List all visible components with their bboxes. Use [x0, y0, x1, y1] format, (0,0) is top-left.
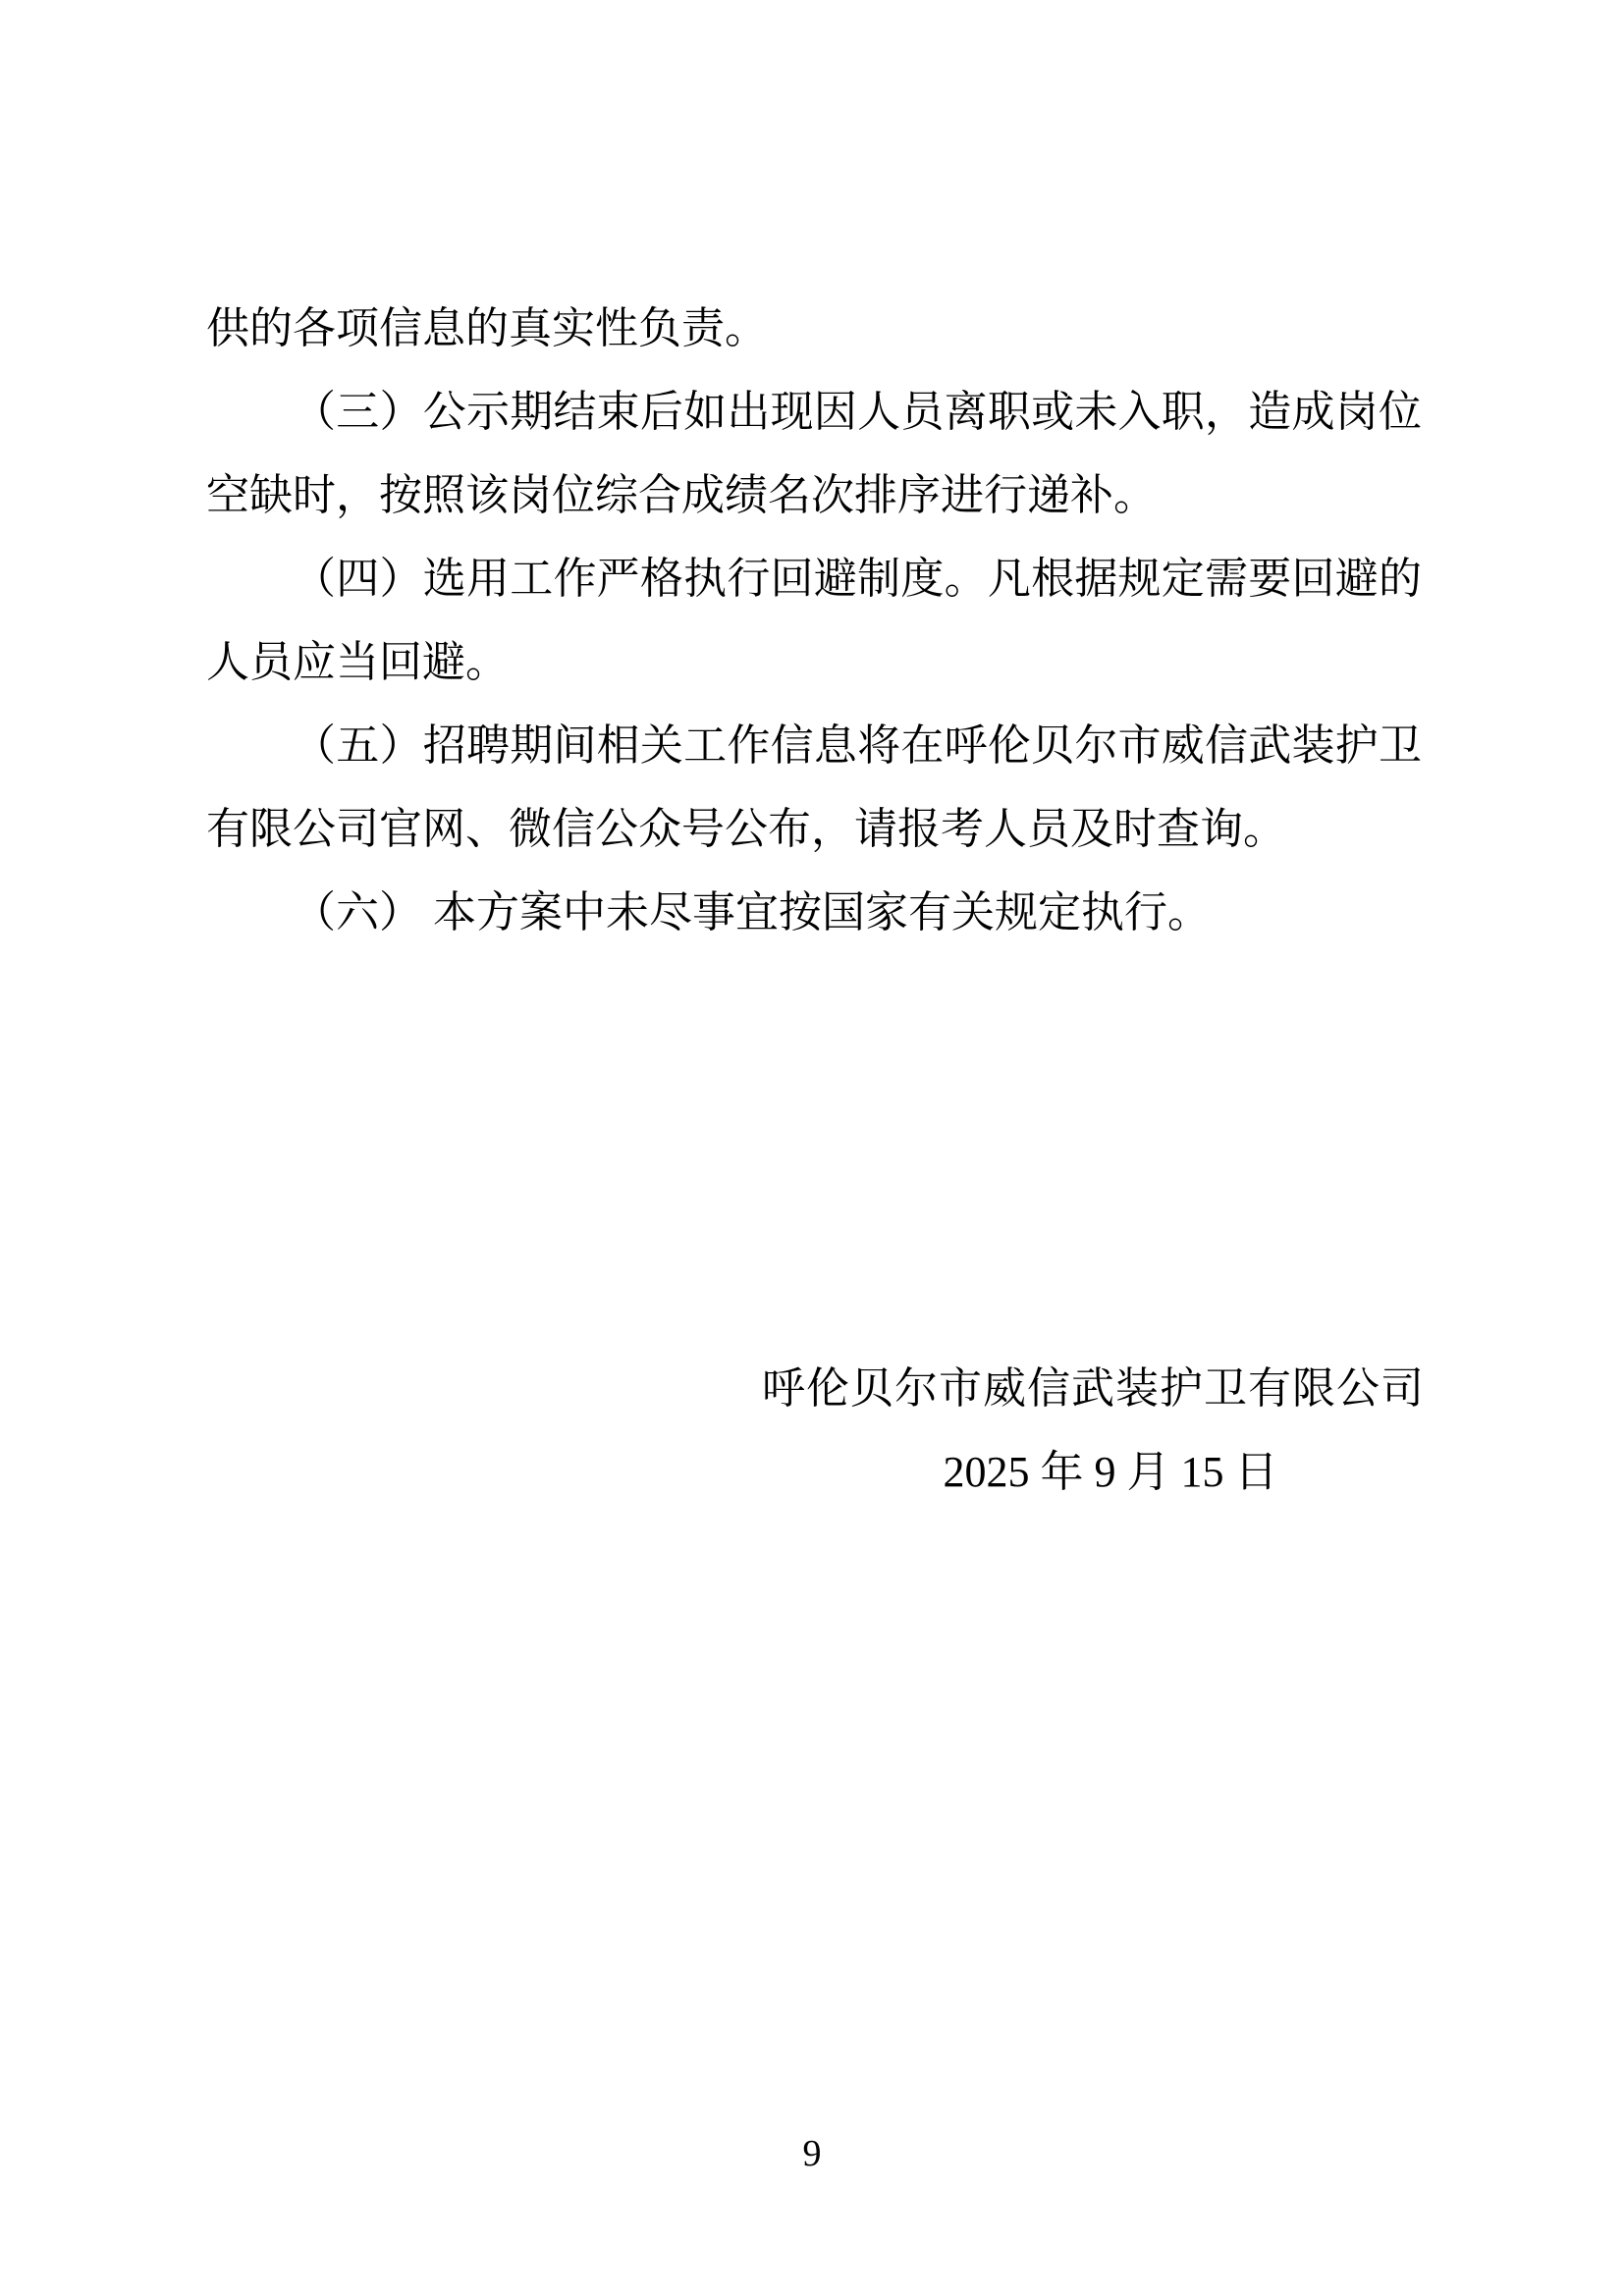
paragraph: （五）招聘期间相关工作信息将在呼伦贝尔市威信武装护卫有限公司官网、微信公众号公布…: [206, 704, 1422, 871]
paragraph: 供的各项信息的真实性负责。: [206, 287, 1422, 370]
text-line: 供的各项信息的真实性负责。: [206, 287, 1422, 370]
text-line: 人员应当回避。: [206, 620, 1422, 704]
text-line: 有限公司官网、微信公众号公布，请报考人员及时查询。: [206, 787, 1422, 871]
page-number: 9: [0, 2132, 1624, 2175]
text-line: （六） 本方案中未尽事宜按国家有关规定执行。: [206, 871, 1422, 954]
paragraph: （六） 本方案中未尽事宜按国家有关规定执行。: [206, 871, 1422, 954]
text-line: 空缺时，按照该岗位综合成绩名次排序进行递补。: [206, 454, 1422, 537]
document-page: 供的各项信息的真实性负责。（三）公示期结束后如出现因人员离职或未入职，造成岗位空…: [0, 0, 1624, 2296]
document-body: 供的各项信息的真实性负责。（三）公示期结束后如出现因人员离职或未入职，造成岗位空…: [206, 287, 1422, 954]
text-line: （五）招聘期间相关工作信息将在呼伦贝尔市威信武装护卫: [206, 704, 1422, 787]
signature-date: 2025 年 9 月 15 日: [762, 1430, 1424, 1514]
text-line: （四）选用工作严格执行回避制度。凡根据规定需要回避的: [206, 537, 1422, 620]
paragraph: （四）选用工作严格执行回避制度。凡根据规定需要回避的人员应当回避。: [206, 537, 1422, 704]
paragraph: （三）公示期结束后如出现因人员离职或未入职，造成岗位空缺时，按照该岗位综合成绩名…: [206, 370, 1422, 537]
text-line: （三）公示期结束后如出现因人员离职或未入职，造成岗位: [206, 370, 1422, 454]
signature-company: 呼伦贝尔市威信武装护卫有限公司: [762, 1347, 1424, 1430]
signature-block: 呼伦贝尔市威信武装护卫有限公司 2025 年 9 月 15 日: [762, 1347, 1424, 1514]
